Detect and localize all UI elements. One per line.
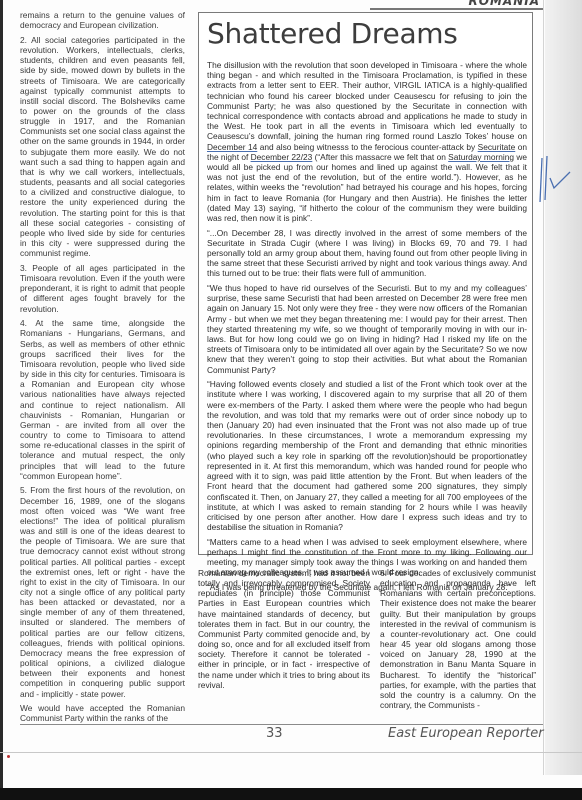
intro-text: (“After this massacre we felt that on [312, 152, 448, 162]
left-paragraph-point-2: 2. All social categories participated in… [20, 35, 185, 258]
scanned-magazine-page: ROMANIA remains a return to the genuine … [0, 0, 582, 800]
scan-gutter [545, 0, 582, 775]
publication-name: East European Reporter [388, 726, 544, 741]
left-paragraph: remains a return to the genuine values o… [20, 10, 185, 30]
letter-paragraph: “Having followed events closely and stud… [207, 379, 527, 532]
section-label: ROMANIA [420, 0, 540, 8]
intro-text: The disillusion with the revolution that… [207, 60, 527, 141]
letter-paragraph: “...On December 28, I was directly invol… [207, 228, 527, 279]
sidebar-title: Shattered Dreams [207, 17, 458, 50]
scan-edge-line [0, 752, 582, 753]
left-paragraph-point-5: 5. From the first hours of the revolutio… [20, 485, 185, 698]
scan-artifact-dot [7, 755, 10, 758]
right-column: 6. Four decades of exclusively communist… [380, 568, 536, 710]
pen-checkmark-icon [538, 150, 578, 210]
sidebar-body: The disillusion with the revolution that… [207, 60, 527, 597]
header-rule [370, 8, 543, 10]
middle-column: Romanian democratic system, had it not b… [198, 568, 370, 690]
page-number: 33 [266, 726, 283, 741]
left-paragraph-point-3: 3. People of all ages participated in th… [20, 263, 185, 314]
underlined-securitate: Securitate [478, 142, 516, 152]
left-paragraph-point-4: 4. At the same time, alongside the Roman… [20, 318, 185, 481]
scan-left-edge [0, 0, 3, 790]
intro-text: and also being witnesss to the ferocious… [257, 142, 477, 152]
left-paragraph-continuation: We would have accepted the Romanian Comm… [20, 703, 185, 723]
left-column: remains a return to the genuine values o… [20, 10, 185, 728]
underlined-date: December 14 [207, 142, 257, 152]
page-edge-line [543, 0, 544, 775]
underlined-date: December 22/23 [251, 152, 313, 162]
underlined-saturday: Saturday morning [448, 152, 514, 162]
intro-text: we would all be picked up from our homes… [207, 152, 527, 223]
scan-bottom-shadow [0, 788, 582, 800]
sidebar-intro: The disillusion with the revolution that… [207, 60, 527, 223]
footer-rule [20, 724, 543, 725]
letter-paragraph: “We thus hoped to have rid ourselves of … [207, 283, 527, 375]
